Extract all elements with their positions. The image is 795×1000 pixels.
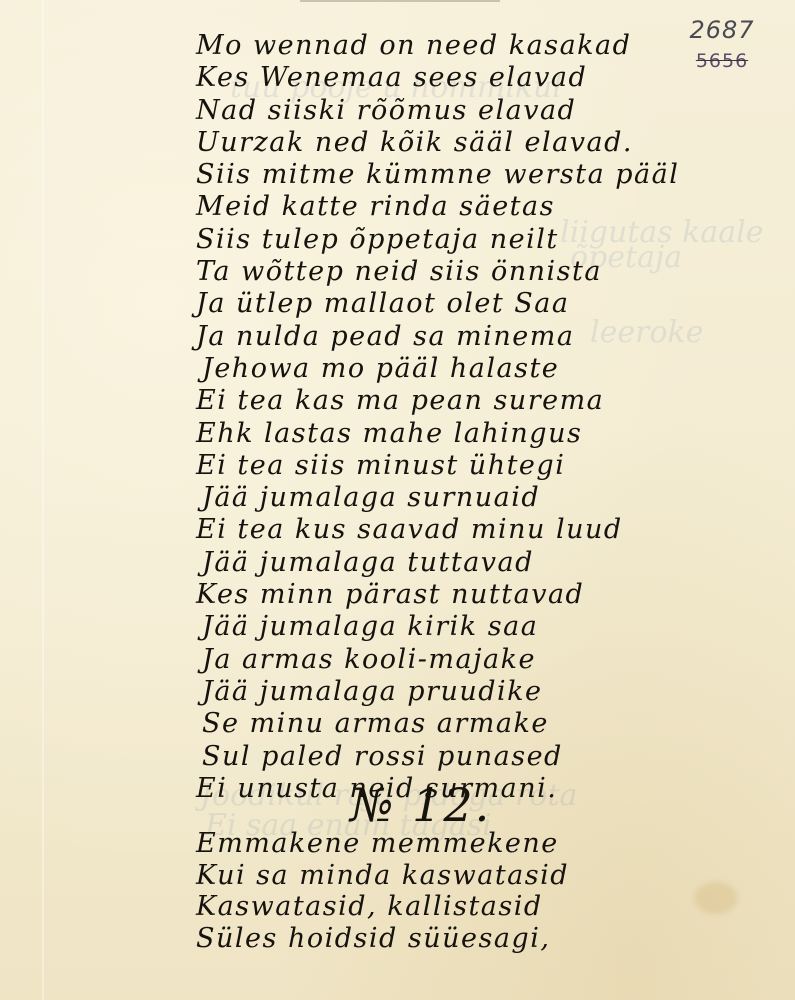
verse-line: Ja armas kooli-majake [196, 644, 676, 676]
verse-line: Kaswatasid, kallistasid [196, 891, 676, 923]
verse-line: Ei tea kas ma pean surema [196, 385, 676, 417]
verse-line: Nad siiski rõõmus elavad [196, 95, 676, 127]
verse-line: Ja nulda pead sa minema [196, 321, 676, 353]
verse-line: Kes minn pärast nuttavad [196, 579, 676, 611]
verse-line: Süles hoidsid süüesagi, [196, 923, 676, 955]
verse-line: Jää jumalaga kirik saa [196, 611, 676, 643]
verse-line: Sul paled rossi punased [196, 741, 676, 773]
song-number-heading: № 12. [350, 778, 491, 832]
verse-line: Siis mitme kümmne wersta pääl [196, 159, 676, 191]
paper-stain [695, 882, 737, 914]
poem-1: Mo wennad on need kasakad Kes Wenemaa se… [196, 30, 676, 805]
archive-number-crossed-out: 5656 [696, 50, 748, 72]
verse-line: Kes Wenemaa sees elavad [196, 62, 676, 94]
verse-line: Se minu armas armake [196, 708, 676, 740]
verse-line: Meid katte rinda säetas [196, 191, 676, 223]
archive-number-block: 2687 5656 [672, 16, 772, 72]
verse-line: Jää jumalaga surnuaid [196, 482, 676, 514]
verse-line: Ei tea siis minust ühtegi [196, 450, 676, 482]
verse-line: Ja ütlep mallaot olet Saa [196, 288, 676, 320]
verse-line: Siis tulep õppetaja neilt [196, 224, 676, 256]
verse-line: Uurzak ned kõik sääl elavad. [196, 127, 676, 159]
verse-line: Jää jumalaga pruudike [196, 676, 676, 708]
verse-line: Ta wõttep neid siis önnista [196, 256, 676, 288]
archive-number: 2687 [672, 16, 772, 44]
verse-line: Jehowa mo pääl halaste [196, 353, 676, 385]
paper-fold [42, 0, 44, 1000]
paper-top-edge [300, 0, 500, 2]
verse-line: Mo wennad on need kasakad [196, 30, 676, 62]
verse-line: Emmakene memmekene [196, 828, 676, 860]
verse-line: Jää jumalaga tuttavad [196, 547, 676, 579]
verse-line: Ei tea kus saavad minu luud [196, 514, 676, 546]
verse-line: Kui sa minda kaswatasid [196, 860, 676, 892]
poem-2: Emmakene memmekene Kui sa minda kaswatas… [196, 828, 676, 954]
verse-line: Ehk lastas mahe lahingus [196, 418, 676, 450]
manuscript-page: tuu pooje u hommikul liigutas kaale õpet… [0, 0, 795, 1000]
